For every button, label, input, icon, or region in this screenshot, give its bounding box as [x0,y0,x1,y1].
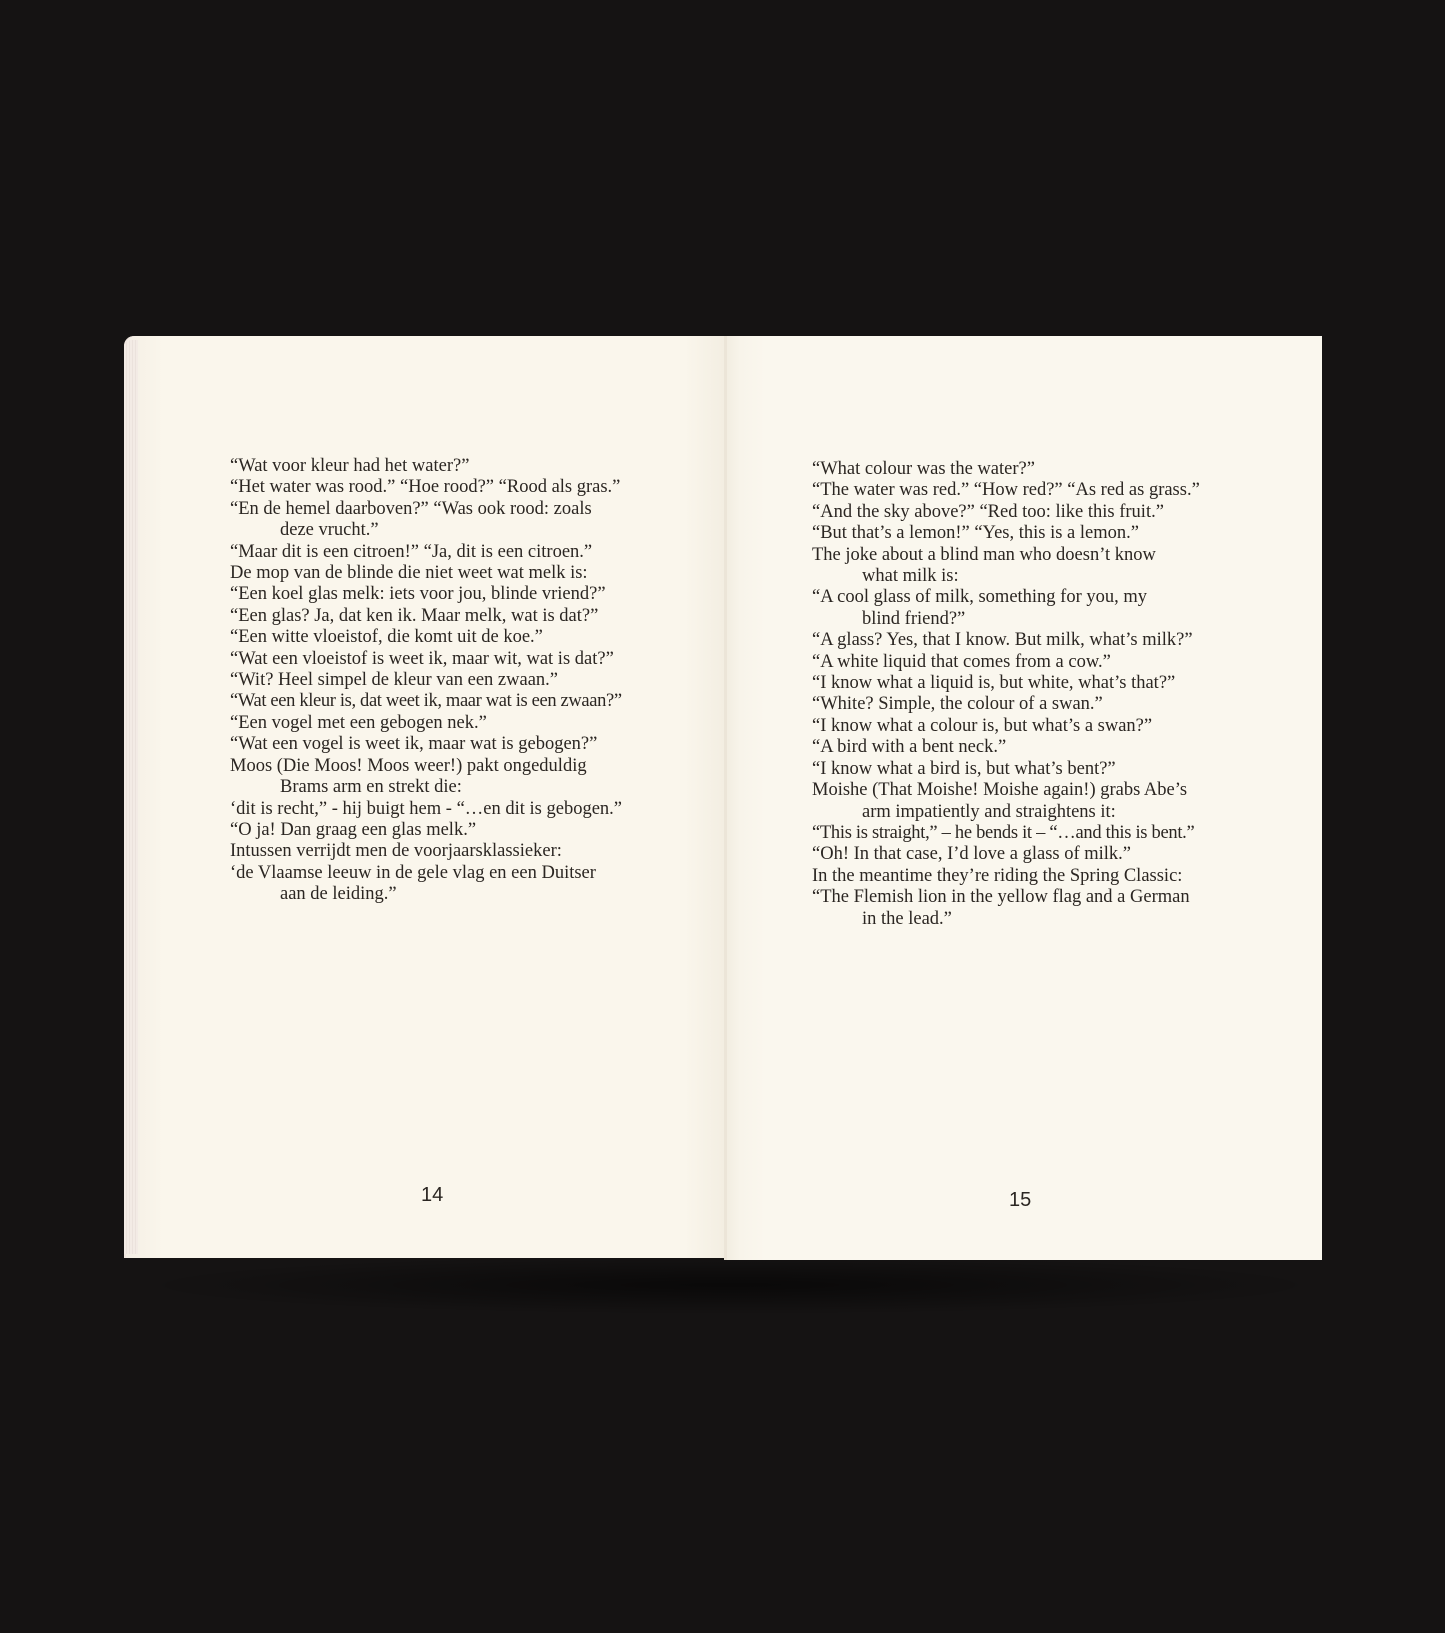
text-line: “A bird with a bent neck.” [812,737,1200,758]
text-line: “A glass? Yes, that I know. But milk, wh… [812,630,1200,651]
text-line: Moos (Die Moos! Moos weer!) pakt ongedul… [230,756,622,777]
text-line: “Oh! In that case, I’d love a glass of m… [812,844,1200,865]
text-line: “O ja! Dan graag een glas melk.” [230,820,622,841]
text-line: “Maar dit is een citroen!” “Ja, dit is e… [230,542,622,563]
open-book-spread: “Wat voor kleur had het water?” “Het wat… [0,0,1445,1633]
text-line: “The Flemish lion in the yellow flag and… [812,887,1200,908]
text-line: “Wit? Heel simpel de kleur van een zwaan… [230,670,622,691]
left-page-text: “Wat voor kleur had het water?” “Het wat… [230,456,622,906]
text-line: “Het water was rood.” “Hoe rood?” “Rood … [230,477,622,498]
text-line-indented: in the lead.” [812,909,1200,930]
text-line: Moishe (That Moishe! Moishe again!) grab… [812,780,1200,801]
text-line: “Wat voor kleur had het water?” [230,456,622,477]
text-line-indented: aan de leiding.” [230,884,622,905]
text-line: “A cool glass of milk, something for you… [812,587,1200,608]
text-line: ‘dit is recht,” - hij buigt hem - “…en d… [230,799,622,820]
text-line: “And the sky above?” “Red too: like this… [812,502,1200,523]
text-line: ‘de Vlaamse leeuw in de gele vlag en een… [230,863,622,884]
text-line: “Een koel glas melk: iets voor jou, blin… [230,584,622,605]
text-line: In the meantime they’re riding the Sprin… [812,866,1200,887]
text-line: “Wat een vloeistof is weet ik, maar wit,… [230,649,622,670]
text-line: “I know what a colour is, but what’s a s… [812,716,1200,737]
text-line-indented: deze vrucht.” [230,520,622,541]
text-line: “The water was red.” “How red?” “As red … [812,480,1200,501]
text-line: “I know what a bird is, but what’s bent?… [812,759,1200,780]
text-line-indented: what milk is: [812,566,1200,587]
book-gutter [724,336,727,1260]
text-line-indented: blind friend?” [812,609,1200,630]
text-line: “En de hemel daarboven?” “Was ook rood: … [230,499,622,520]
book-shadow [130,1255,1330,1315]
text-line: “I know what a liquid is, but white, wha… [812,673,1200,694]
text-line: “But that’s a lemon!” “Yes, this is a le… [812,523,1200,544]
text-line: “This is straight,” – he bends it – “…an… [812,823,1200,844]
text-line: De mop van de blinde die niet weet wat m… [230,563,622,584]
text-line: “Een vogel met een gebogen nek.” [230,713,622,734]
page-number-left: 14 [421,1184,443,1207]
text-line: “Wat een vogel is weet ik, maar wat is g… [230,734,622,755]
text-line: “White? Simple, the colour of a swan.” [812,694,1200,715]
text-line: “Wat een kleur is, dat weet ik, maar wat… [230,691,622,712]
right-page-text: “What colour was the water?” “The water … [812,459,1200,930]
text-line-indented: arm impatiently and straightens it: [812,802,1200,823]
text-line: Intussen verrijdt men de voorjaarsklassi… [230,841,622,862]
text-line-indented: Brams arm en strekt die: [230,777,622,798]
page-edge-stack [124,340,138,1254]
text-line: “Een witte vloeistof, die komt uit de ko… [230,627,622,648]
text-line: “A white liquid that comes from a cow.” [812,652,1200,673]
text-line: “Een glas? Ja, dat ken ik. Maar melk, wa… [230,606,622,627]
text-line: “What colour was the water?” [812,459,1200,480]
page-number-right: 15 [1009,1189,1031,1212]
text-line: The joke about a blind man who doesn’t k… [812,545,1200,566]
